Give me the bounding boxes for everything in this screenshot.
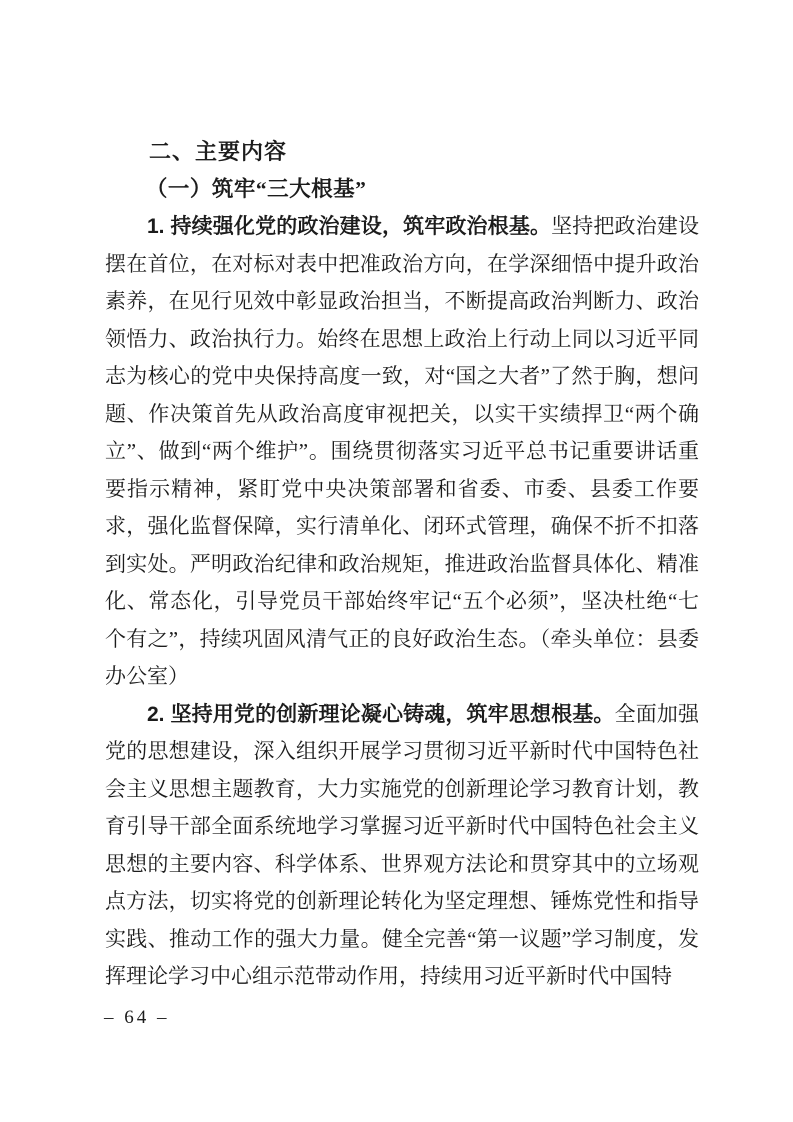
paragraph-2-lead: 2. 坚持用党的创新理论凝心铸魂，筑牢思想根基。 xyxy=(147,703,615,726)
page-number: – 64 – xyxy=(104,1007,170,1029)
paragraph-1-lead: 1. 持续强化党的政治建设，筑牢政治根基。 xyxy=(147,215,551,238)
paragraph-1-body: 坚持把政治建设摆在首位，在对标对表中把准政治方向，在学深细悟中提升政治素养，在见… xyxy=(105,214,699,651)
paragraph-2: 2. 坚持用党的创新理论凝心铸魂，筑牢思想根基。全面加强党的思想建设，深入组织开… xyxy=(105,696,699,996)
section-heading: 二、主要内容 xyxy=(105,133,699,171)
subsection-heading: （一）筑牢“三大根基” xyxy=(105,171,699,209)
paragraph-2-body: 全面加强党的思想建设，深入组织开展学习贯彻习近平新时代中国特色社会主义思想主题教… xyxy=(105,702,699,989)
document-page: 二、主要内容 （一）筑牢“三大根基” 1. 持续强化党的政治建设，筑牢政治根基。… xyxy=(0,0,793,1122)
document-content: 二、主要内容 （一）筑牢“三大根基” 1. 持续强化党的政治建设，筑牢政治根基。… xyxy=(105,133,699,996)
paragraph-1: 1. 持续强化党的政治建设，筑牢政治根基。坚持把政治建设摆在首位，在对标对表中把… xyxy=(105,208,699,696)
